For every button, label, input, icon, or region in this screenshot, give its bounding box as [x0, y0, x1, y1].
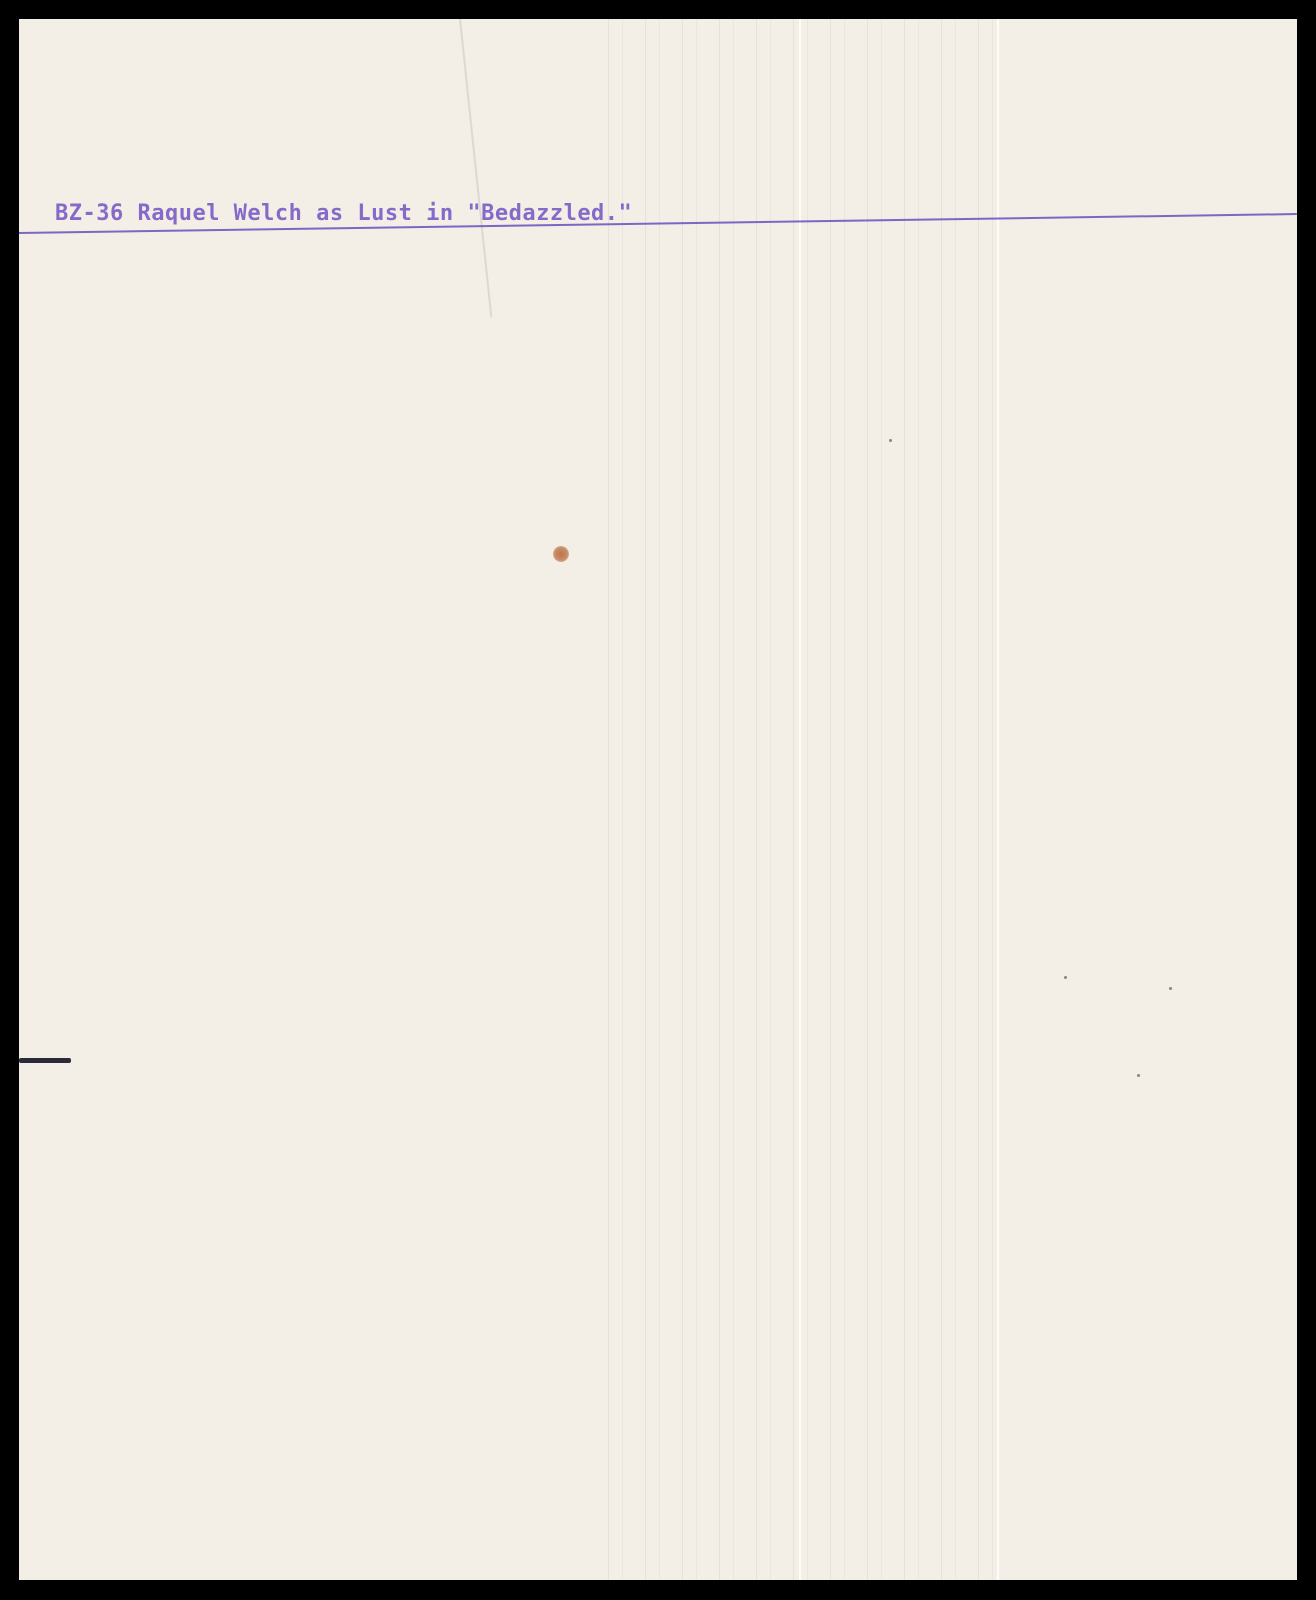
stain-spot: [553, 546, 569, 562]
pen-mark: [19, 1058, 71, 1063]
typed-caption: BZ-36 Raquel Welch as Lust in "Bedazzled…: [55, 201, 632, 226]
speck: [1137, 1074, 1140, 1077]
speck: [889, 439, 892, 442]
scanner-streak: [799, 19, 801, 1580]
paper-crease: [459, 19, 492, 317]
speck: [1064, 976, 1067, 979]
paper-sheet: BZ-36 Raquel Welch as Lust in "Bedazzled…: [19, 19, 1297, 1580]
speck: [1169, 987, 1172, 990]
scanner-streak: [997, 19, 999, 1580]
